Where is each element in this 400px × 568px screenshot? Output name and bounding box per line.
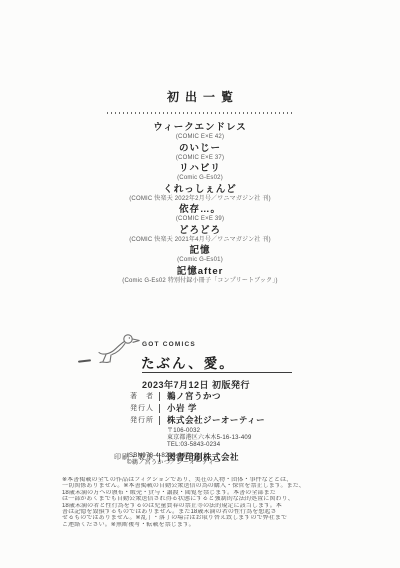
isbn-number: ISBN978-4-8236-0479-9 xyxy=(127,452,221,459)
credit-row-publisher-person: 発行人 小岩 学 xyxy=(106,404,265,413)
publication-item: 依存…。 (COMIC E×E 39) xyxy=(0,205,400,223)
credit-label: 著 者 xyxy=(106,392,154,401)
publication-item: 記憶 (Comic G-Es01) xyxy=(0,246,400,264)
edition-date: 2023年7月12日 初版発行 xyxy=(142,378,250,391)
work-title: くれっしぇんど xyxy=(0,185,400,195)
publication-item: のいじー (COMIC E×E 37) xyxy=(0,144,400,162)
work-title: 記憶 xyxy=(0,246,400,256)
mascot-bird-doodle-icon xyxy=(92,331,142,365)
publisher-company-name: 株式会社ジーオーティー xyxy=(159,416,265,425)
work-source: (Comic G-Es02) xyxy=(0,175,400,182)
work-source: (COMIC E×E 39) xyxy=(0,216,400,223)
work-source: (COMIC 快楽天 2022年2月号／ワニマガジン社 刊) xyxy=(0,196,400,203)
work-source: (Comic G-Es02 特別付録小冊子「コンプリートブック」) xyxy=(0,278,400,285)
credit-row-publisher-company: 発行所 株式会社ジーオーティー xyxy=(106,416,265,425)
publisher-address: 〒106-0032 東京都港区六本木5-16-13-409 TEL:03-584… xyxy=(167,428,265,450)
phone-number: TEL:03-5843-0234 xyxy=(167,442,265,449)
credit-label: 発行所 xyxy=(106,416,154,425)
publication-item: 記憶after (Comic G-Es02 特別付録小冊子「コンプリートブック」… xyxy=(0,267,400,285)
credit-row-author: 著 者 鵜ノ宮うかつ xyxy=(106,392,265,401)
work-source: (Comic G-Es01) xyxy=(0,257,400,264)
work-source: (COMIC E×E 37) xyxy=(0,155,400,162)
work-title: ウィークエンドレス xyxy=(0,123,400,133)
colophon-page: 初出一覧 ウィークエンドレス (COMIC E×E 42) のいじー (COMI… xyxy=(0,0,400,568)
work-source: (COMIC 快楽天 2021年4月号／ワニマガジン社 刊) xyxy=(0,237,400,244)
publication-item: ウィークエンドレス (COMIC E×E 42) xyxy=(0,123,400,141)
imprint-label: GOT COMICS xyxy=(142,341,196,348)
work-title: のいじー xyxy=(0,144,400,154)
first-publication-list: 初出一覧 ウィークエンドレス (COMIC E×E 42) のいじー (COMI… xyxy=(0,88,400,287)
publication-item: リハビリ (Comic G-Es02) xyxy=(0,164,400,182)
work-title: 記憶after xyxy=(0,267,400,277)
disclaimer-line: ご連絡ください。※無断複写・転載を禁じます。 xyxy=(62,522,350,528)
title-underline xyxy=(142,372,292,373)
author-name: 鵜ノ宮うかつ xyxy=(159,392,221,401)
work-source: (COMIC E×E 42) xyxy=(0,134,400,141)
street-address: 東京都港区六本木5-16-13-409 xyxy=(167,435,265,442)
work-title: 依存…。 xyxy=(0,205,400,215)
isbn-copyright-block: ISBN978-4-8236-0479-9 ©鵜ノ宮うかつ／ジーオーティー xyxy=(127,452,221,466)
dotted-divider xyxy=(107,112,293,114)
book-title: たぶん、愛。 xyxy=(141,352,235,372)
legal-disclaimer: ※本書掲載の全ての作品はフィクションであり、実在の人物・団体・事件などとは、 一… xyxy=(62,477,350,528)
publication-item: くれっしぇんど (COMIC 快楽天 2022年2月号／ワニマガジン社 刊) xyxy=(0,185,400,203)
copyright-line: ©鵜ノ宮うかつ／ジーオーティー xyxy=(127,459,221,466)
work-title: どろどろ xyxy=(0,226,400,236)
work-title: リハビリ xyxy=(0,164,400,174)
publication-item: どろどろ (COMIC 快楽天 2021年4月号／ワニマガジン社 刊) xyxy=(0,226,400,244)
doodle-mark xyxy=(78,359,91,362)
publisher-person-name: 小岩 学 xyxy=(159,404,197,413)
credit-label: 発行人 xyxy=(106,404,154,413)
publication-list-heading: 初出一覧 xyxy=(0,88,400,105)
